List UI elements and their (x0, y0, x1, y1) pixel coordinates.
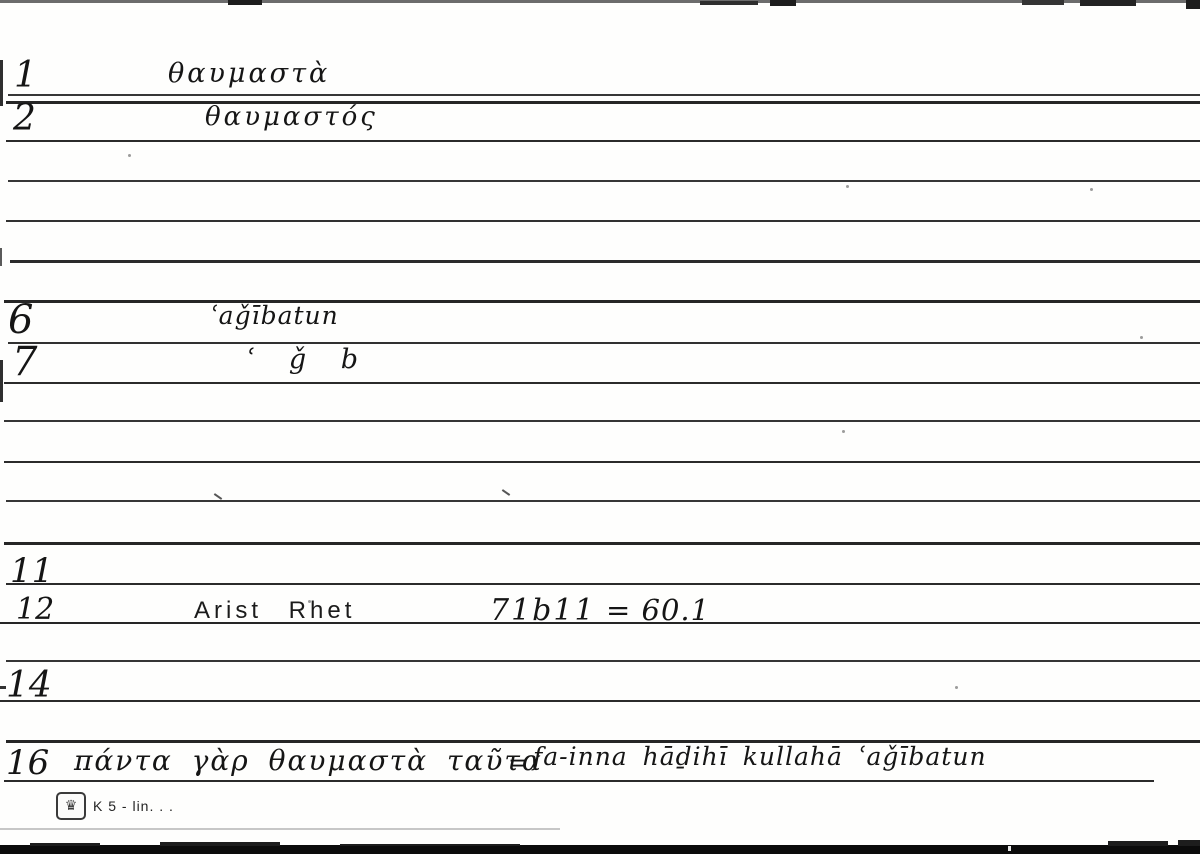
scan-top-edge (0, 0, 1200, 3)
greek-lemma-2: θαυμαστός (205, 104, 378, 130)
scan-artifact (1108, 841, 1168, 846)
line-number-12: 12 (16, 595, 54, 625)
rule-line (4, 461, 1200, 463)
source-work-reference: Arist Rhet (194, 599, 355, 623)
rule-line (8, 180, 1200, 182)
scan-artifact (502, 489, 511, 496)
greek-lemma-1: θαυμαστὰ (168, 60, 330, 87)
scan-artifact (846, 185, 849, 188)
scan-artifact (1008, 846, 1011, 851)
bekker-locus: 71b11 (490, 596, 596, 626)
scan-artifact (308, 600, 311, 603)
arabic-transliteration: ʿaǧībatun (210, 303, 339, 328)
line-number-2: 2 (13, 101, 36, 137)
rule-line (8, 342, 1200, 344)
scan-left-edge (0, 248, 2, 266)
scan-artifact (1186, 0, 1200, 9)
rule-line (4, 542, 1200, 545)
rule-line (6, 220, 1200, 222)
scan-artifact (1090, 188, 1093, 191)
index-card-scan: 1 θαυμαστὰ 2 θαυμαστός 6 ʿaǧībatun 7 ʿ ǧ… (0, 0, 1200, 854)
rule-line (0, 622, 1200, 624)
crest-glyph: ♛ (65, 799, 78, 813)
arabic-root-letters: ʿ ǧ b (246, 346, 358, 373)
scan-artifact (770, 0, 796, 6)
line-number-14: 14 (6, 668, 52, 704)
scan-artifact (228, 0, 262, 5)
scan-artifact (30, 843, 100, 846)
scan-artifact (955, 686, 958, 689)
line-number-1: 1 (14, 58, 37, 94)
rule-line (6, 660, 1200, 662)
line-number-16: 16 (6, 746, 49, 780)
rule-line (4, 300, 1200, 303)
rule-line (0, 700, 1200, 702)
arabic-version-reference: = 60.1 (606, 596, 710, 625)
scan-artifact (700, 1, 758, 5)
arabic-quotation-transliteration: fa-inna hāḏihī kullahā ʿaǧībatun (533, 744, 987, 769)
scan-artifact (1140, 336, 1143, 339)
scan-artifact (340, 844, 520, 846)
rule-line (4, 420, 1200, 422)
rule-line (10, 260, 1200, 263)
equals-sign: = (508, 751, 528, 775)
rule-line (4, 780, 1154, 782)
rule-line (6, 583, 1200, 585)
scan-artifact (1022, 0, 1064, 5)
line-number-6: 6 (8, 300, 33, 340)
stamp-label: K 5 - lin. . . (93, 798, 174, 814)
scan-artifact (842, 430, 845, 433)
scan-artifact (214, 493, 223, 500)
scan-left-edge (0, 60, 3, 106)
scan-artifact (160, 842, 280, 846)
rule-line (4, 382, 1200, 384)
rule-line (6, 101, 1200, 104)
scan-bottom-edge (0, 845, 1200, 854)
line-number-11: 11 (10, 554, 53, 588)
rule-line (6, 140, 1200, 142)
scan-artifact (1178, 840, 1200, 846)
rule-line (8, 94, 1200, 96)
scan-artifact (128, 154, 131, 157)
greek-quotation: πάντα γὰρ θαυμαστὰ ταῦτα (74, 747, 543, 775)
stamp-crest-icon: ♛ (56, 792, 86, 820)
scan-left-edge (0, 360, 3, 402)
rule-line (6, 500, 1200, 502)
scan-artifact (1080, 0, 1136, 6)
line-number-7: 7 (12, 342, 37, 382)
scan-faint-line (0, 828, 560, 830)
